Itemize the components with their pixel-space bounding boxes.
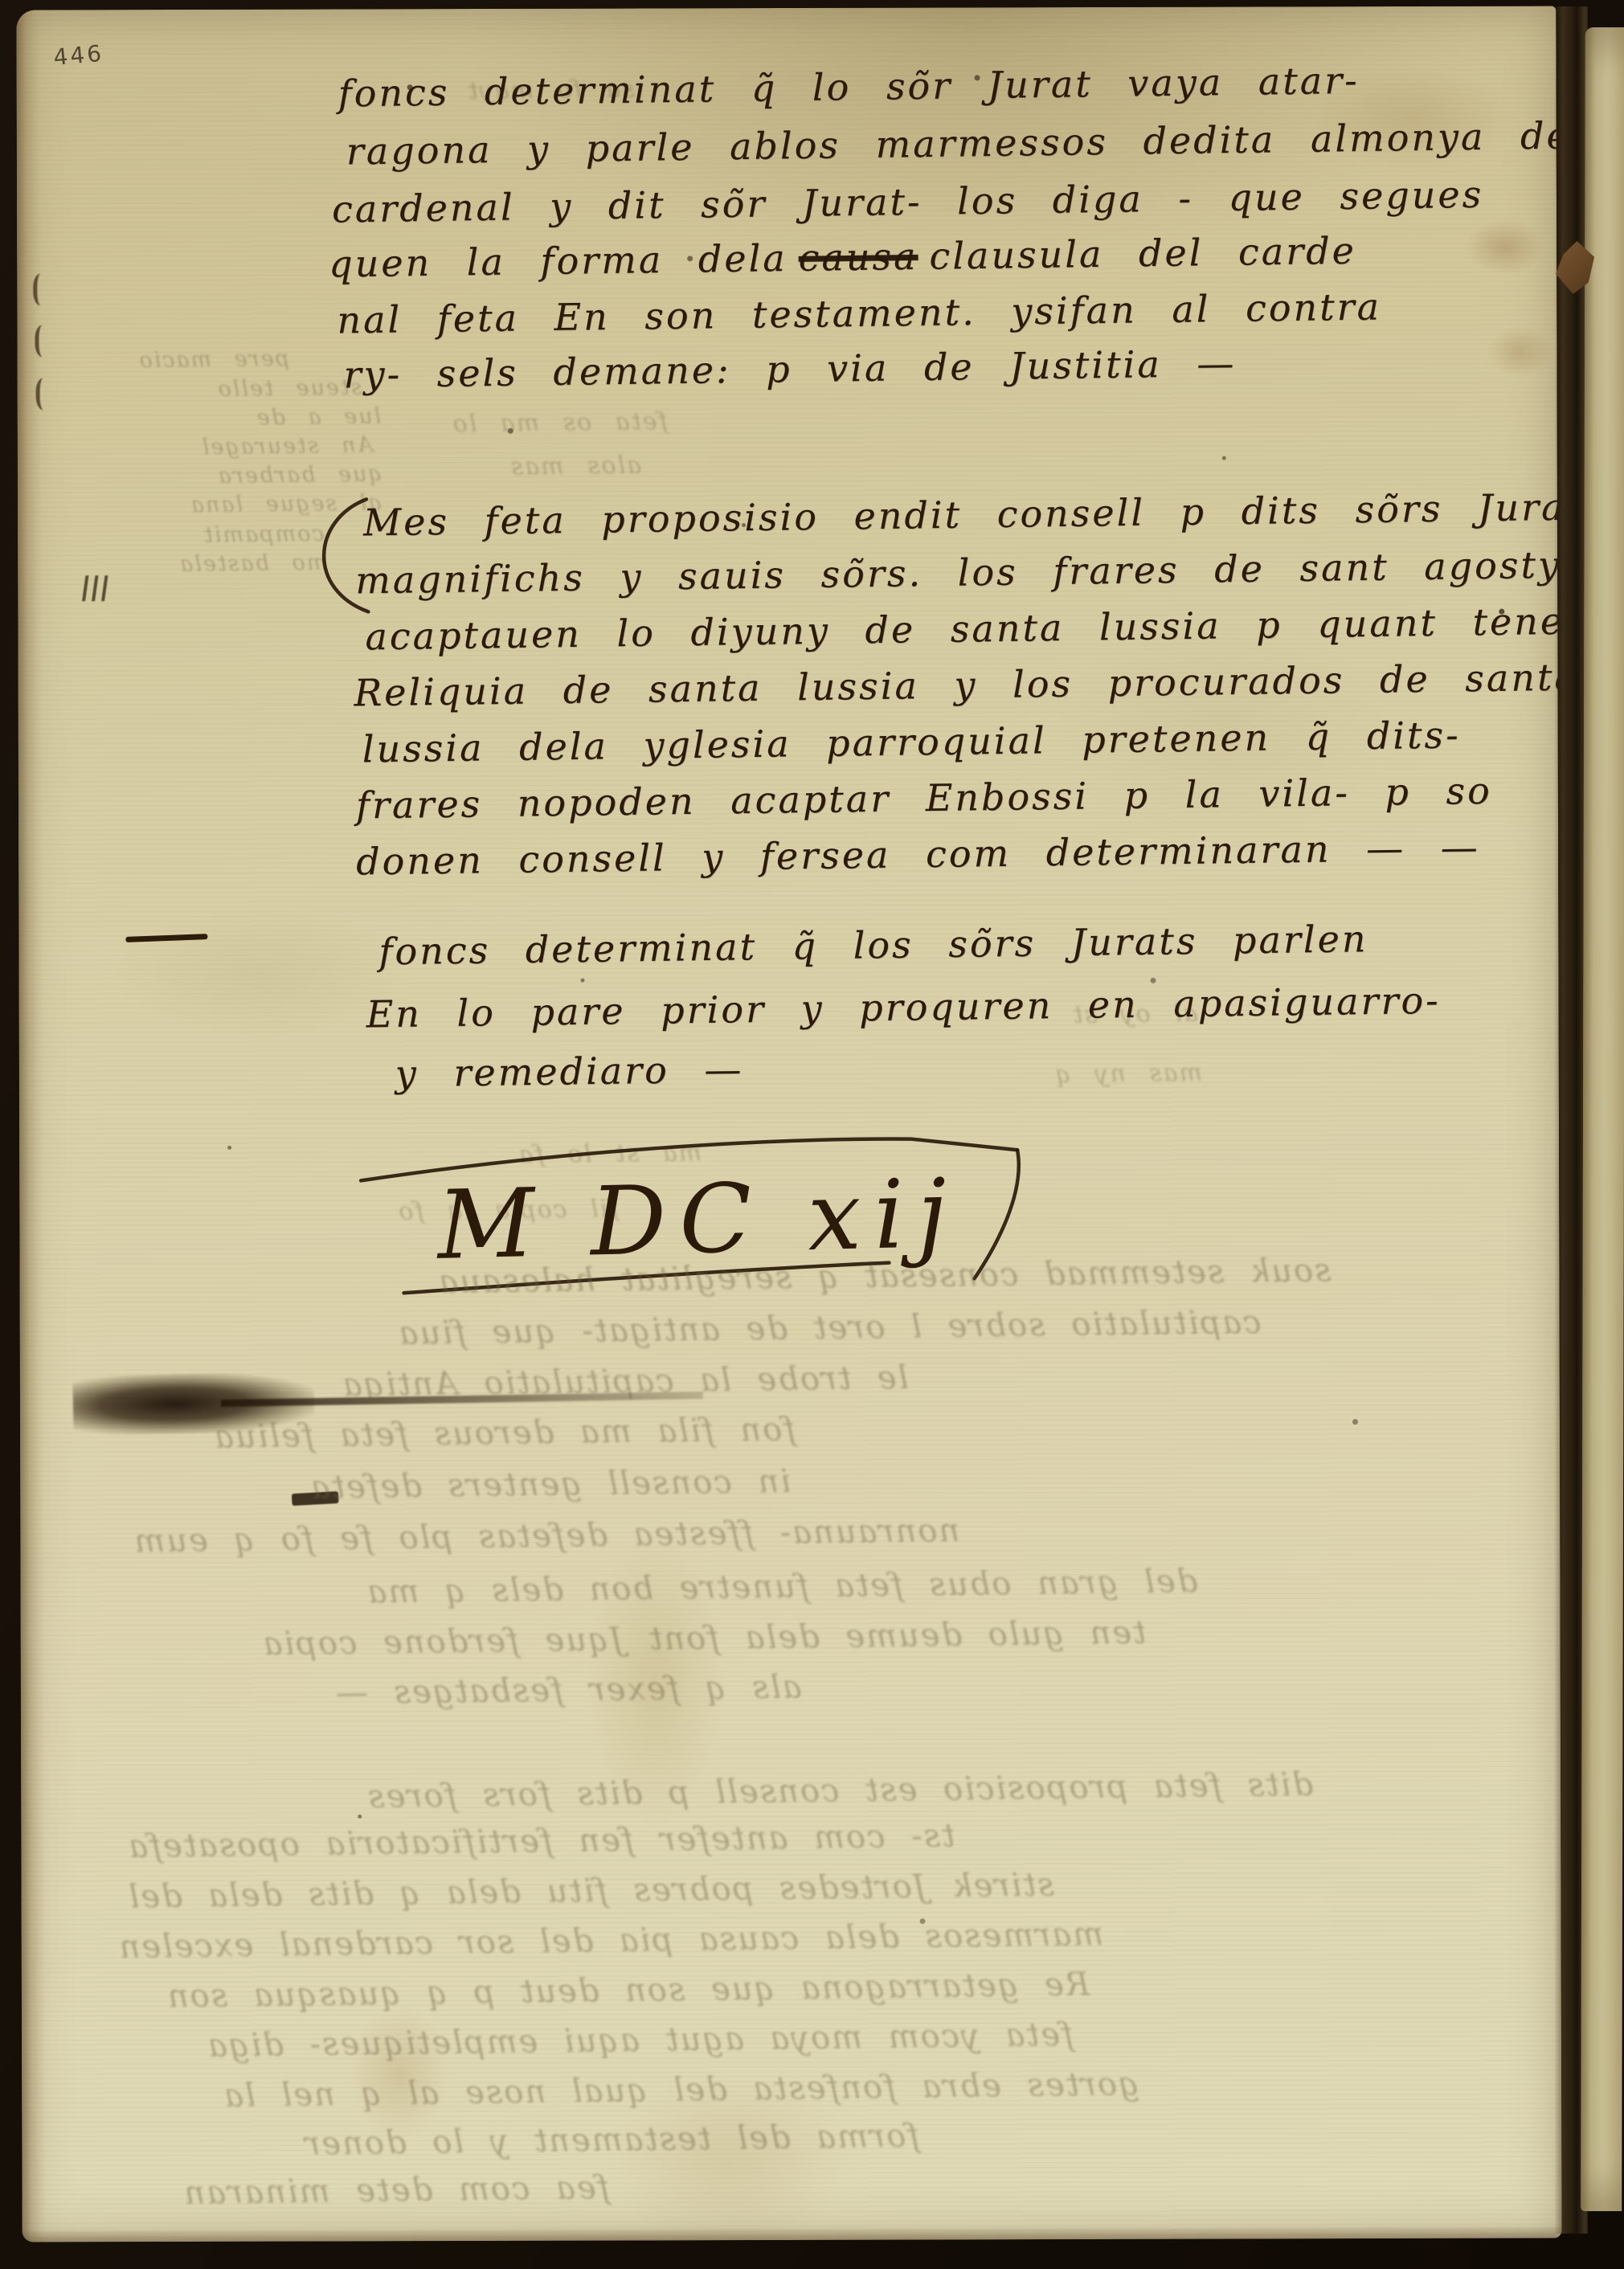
struck-word: causa (798, 235, 918, 280)
bleedthrough-line: que barbera (217, 461, 382, 489)
bleedthrough-line: le trobe la capitulatio Antiga (342, 1359, 909, 1404)
ink-specks (16, 10, 18, 13)
manuscript-page: 446 pere macio steue tello lue a de An s… (16, 6, 1561, 2242)
bleedthrough-line: lue a de (255, 404, 381, 431)
bleedthrough-line: An steuragel (201, 432, 374, 460)
bleedthrough-fragment: alos mas (509, 452, 642, 481)
bleedthrough-line: in consell genters defeta (309, 1463, 791, 1507)
binding-mark (36, 378, 51, 410)
bleedthrough-line: fon fila ma derous feta feliua (213, 1411, 796, 1455)
bleedthrough-fragment: feta os ma lo (451, 407, 667, 439)
bleedthrough-line: als q fexer fesbatges — (334, 1669, 802, 1712)
binding-mark (35, 325, 50, 357)
line-text: clausula del carde (929, 229, 1356, 278)
bleedthrough-fragment: mas ny q (1054, 1059, 1203, 1089)
bleedthrough-line: steue tello (216, 374, 362, 401)
binding-mark (33, 273, 48, 305)
bleedthrough-line: fea com dete minaran (182, 2169, 610, 2212)
facing-page-edge (1581, 27, 1624, 2211)
margin-tick-marks (82, 575, 109, 601)
manuscript-scan: { "folio": { "number": "446" }, "colors"… (0, 0, 1624, 2269)
manuscript-line: y remediaro — (395, 1048, 743, 1096)
folio-number: 446 (52, 40, 104, 71)
line-text: quen la forma dela (329, 236, 787, 285)
bleedthrough-line: pere macio (137, 346, 289, 373)
